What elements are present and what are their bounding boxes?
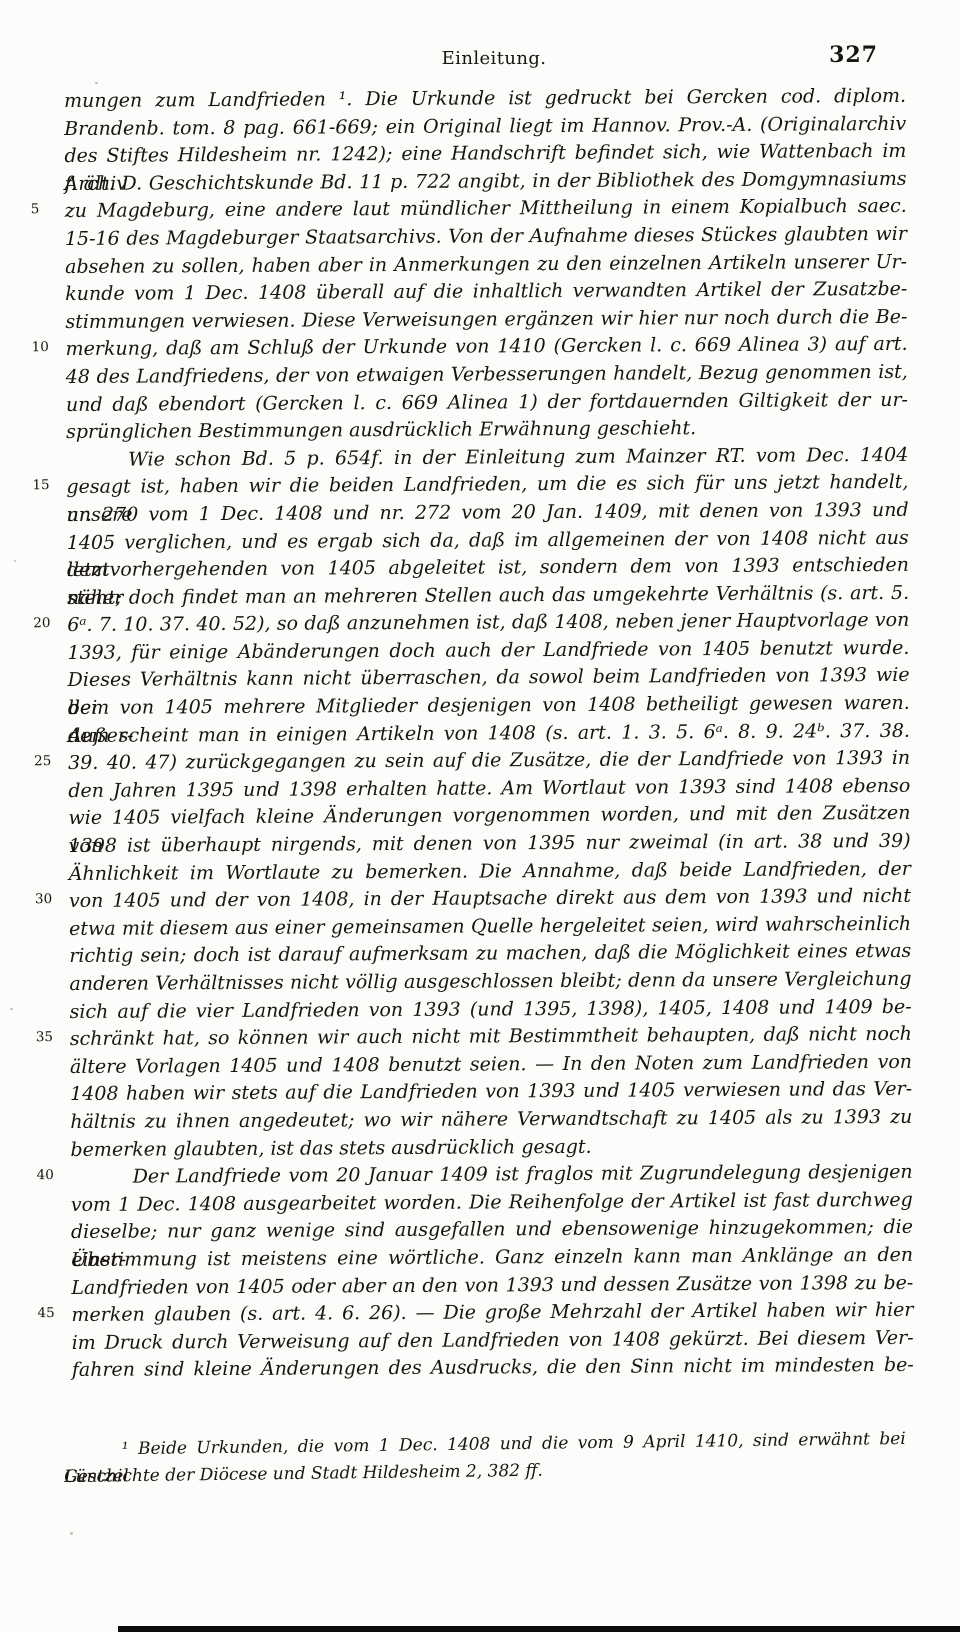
text-line: fahren sind kleine Änderungen des Ausdru…	[72, 1352, 914, 1385]
margin-line-number: 10	[32, 334, 52, 362]
scan-speck	[95, 82, 98, 84]
scan-speck	[14, 560, 16, 562]
scan-edge-artifact	[118, 1626, 960, 1632]
margin-line-number: 5	[31, 196, 51, 224]
margin-line-number: 15	[32, 472, 52, 500]
margin-line-number: 40	[37, 1162, 57, 1190]
margin-line-number: 45	[37, 1300, 57, 1328]
margin-line-number: 30	[35, 886, 55, 914]
body-text: mungen zum Landfrieden ¹. Die Urkunde is…	[64, 83, 914, 1385]
margin-line-number: 25	[34, 748, 54, 776]
scan-speck	[453, 100, 457, 102]
footnote-text: ¹ Beide Urkunden, die vom 1 Dec. 1408 un…	[64, 1426, 907, 1491]
running-title: Einleitung.	[64, 48, 924, 69]
scan-speck	[70, 1532, 73, 1535]
margin-line-number: 20	[33, 610, 53, 638]
margin-line-number: 35	[36, 1024, 56, 1052]
page-number: 327	[829, 42, 878, 68]
scan-speck	[10, 1008, 13, 1010]
book-page: Einleitung. 327 mungen zum Landfrieden ¹…	[0, 0, 960, 1632]
